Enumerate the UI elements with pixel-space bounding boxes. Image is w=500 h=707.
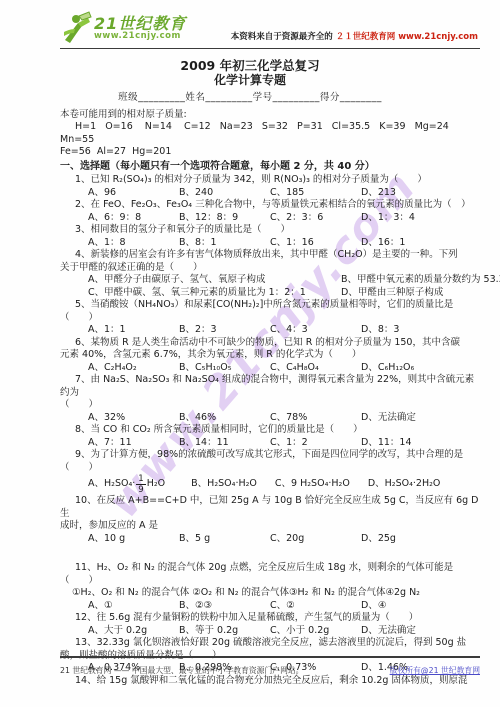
question-10-options: A、10 gB、5 gC、20gD、25g	[60, 533, 480, 546]
option-d: D、④	[361, 600, 386, 613]
question-9-options: A、H₂SO₄·19H₂OB、H₂SO₄·H₂OC、9 H₂SO₄·H₂OD、H…	[60, 474, 480, 495]
option-b: B、14：11	[179, 437, 265, 450]
question-1-options: A、96B、240C、185D、213	[60, 187, 480, 200]
option-c: C、1：16	[270, 237, 356, 250]
header-divider	[60, 48, 480, 49]
option-c: C、小于 0.2g	[270, 625, 356, 638]
option-c: C、C₄H₈O₄	[270, 362, 356, 375]
atomic-masses-list: H=1 O=16 N=14 C=12 Na=23 S=32 P=31 Cl=35…	[60, 121, 480, 159]
brand-name: 21世纪教育	[94, 15, 186, 32]
option-a: A、1：8	[88, 237, 174, 250]
option-c: C、2：3：6	[270, 212, 356, 225]
option-d: D、1：3：4	[361, 212, 415, 225]
option-b: B、等于 0.2g	[179, 625, 265, 638]
question-3: 3、相同数目的氢分子和氧分子的质量比是（ ） A、1：8B、8：1C、1：16D…	[60, 224, 480, 249]
section-heading-choice: 一、选择题（每小题只有一个选项符合题意，每小题 2 分，共 40 分）	[60, 161, 480, 174]
question-2-options: A、6：9：8B、12：8：9C、2：3：6D、1：3：4	[60, 212, 480, 225]
question-12: 12、往 5.6g 混有少量铜粉的铁粉中加入足量稀硫酸，产生氢气的质量为（ ） …	[60, 612, 480, 637]
question-2: 2、在 FeO、Fe₂O₃、Fe₃O₄ 三种化合物中，与等质量铁元素相结合的氧元…	[60, 199, 480, 224]
question-5-options: A、1：1B、2：3C、4：3D、8：3	[60, 324, 480, 337]
fraction-numerator: 1	[136, 474, 145, 485]
option-c: C、78%	[270, 412, 356, 425]
option-d: D、无法确定	[361, 625, 416, 638]
question-9: 9、为了计算方便，98%的浓硫酸可改写成其它形式，下面是四位同学的改写，其中合理…	[60, 449, 480, 495]
question-4-options-row2: C、甲醛中碳、氢、氧三种元素的质量比为 1：2：1D、甲醛由三种原子构成	[60, 287, 480, 300]
option-a: A、10 g	[88, 533, 174, 546]
question-5: 5、当硝酸铵（NH₄NO₃）和尿素[CO(NH₂)₂]中所含氮元素的质量相等时，…	[60, 299, 480, 337]
option-b: B、240	[179, 187, 265, 200]
exam-document-page: www.21cnjy.com 21世纪教育 www.21cnjy.com 本资料…	[0, 0, 500, 707]
question-8-options: A、7：11B、14：11C、1：2D、11：14	[60, 437, 480, 450]
question-12-options: A、大于 0.2gB、等于 0.2gC、小于 0.2gD、无法确定	[60, 625, 480, 638]
option-b: B、C₅H₁₀O₅	[179, 362, 265, 375]
option-c: C、20g	[270, 533, 356, 546]
option-b: B、8：1	[179, 237, 265, 250]
question-5-text: 5、当硝酸铵（NH₄NO₃）和尿素[CO(NH₂)₂]中所含氮元素的质量相等时，…	[60, 299, 480, 324]
page-footer: 21 世纪教育网 —— 中国最大型、最专业的中小学教育资源门户网站。 版权所有@…	[60, 656, 480, 678]
tagline-red-link[interactable]: ２１世纪教育网 www.21cnjy.com	[336, 32, 478, 42]
document-title: 2009 年初三化学总复习	[0, 58, 500, 73]
question-10: 10、在反应 A+B==C+D 中，已知 25g A 与 10g B 恰好完全反…	[60, 495, 480, 545]
atomic-masses-intro: 本卷可能用到的相对原子质量:	[60, 109, 480, 122]
brand-site-url: www.21cnjy.com	[94, 32, 186, 41]
option-a: A、32%	[88, 412, 174, 425]
option-b: B、5 g	[179, 533, 265, 546]
option-a: A、6：9：8	[88, 212, 174, 225]
option-b: B、2：3	[179, 324, 265, 337]
question-11: 11、H₂、O₂ 和 N₂ 的混合气体 20g 点燃，完全反应后生成 18g 水…	[60, 562, 480, 612]
question-4-text: 4、新装修的居室会有许多有害气体物质释放出来，其中甲醛（CH₂O）是主要的一种。…	[60, 249, 480, 274]
option-c: C、②	[270, 600, 356, 613]
option-c: C、9 H₂SO₄·H₂O	[275, 478, 350, 491]
option-d: D、无法确定	[361, 412, 416, 425]
question-8: 8、当 CO 和 CO₂ 所含氧元素质量相同时，它们的质量比是（ ） A、7：1…	[60, 424, 480, 449]
question-3-text: 3、相同数目的氢分子和氧分子的质量比是（ ）	[60, 224, 480, 237]
option-a-suffix: H₂O	[147, 478, 165, 491]
question-7: 7、由 Na₂S、Na₂SO₃ 和 Na₂SO₄ 组成的混合物中，测得氧元素含量…	[60, 374, 480, 424]
option-b: B、46%	[179, 412, 265, 425]
option-c: C、甲醛中碳、氢、氧三种元素的质量比为 1：2：1	[88, 287, 336, 300]
option-c: C、185	[270, 187, 356, 200]
tagline-black-text: 本资料来自于资源最齐全的	[231, 32, 333, 42]
running-figure-icon	[62, 10, 92, 46]
option-b: B、甲醛中氧元素的质量分数约为 53.3%	[341, 274, 500, 287]
fraction-one-ninth: 19	[136, 474, 145, 495]
question-9-text: 9、为了计算方便，98%的浓硫酸可改写成其它形式，下面是四位同学的改写，其中合理…	[60, 449, 480, 474]
option-a: A、①	[88, 600, 174, 613]
option-a: A、96	[88, 187, 174, 200]
question-2-text: 2、在 FeO、Fe₂O₃、Fe₃O₄ 三种化合物中，与等质量铁元素相结合的氧元…	[60, 199, 480, 212]
question-10-text: 10、在反应 A+B==C+D 中，已知 25g A 与 10g B 恰好完全反…	[60, 495, 480, 533]
question-11-sublist: ①H₂、O₂ 和 N₂ 的混合气体 ②O₂ 和 N₂ 的混合气体③H₂ 和 N₂…	[60, 587, 480, 600]
question-1: 1、已知 R₂(SO₄)₃ 的相对分子质量为 342，则 R(NO₃)₃ 的相对…	[60, 174, 480, 199]
question-12-text: 12、往 5.6g 混有少量铜粉的铁粉中加入足量稀硫酸，产生氢气的质量为（ ）	[60, 612, 480, 625]
option-a-prefix: A、H₂SO₄·	[88, 478, 135, 491]
question-1-text: 1、已知 R₂(SO₄)₃ 的相对分子质量为 342，则 R(NO₃)₃ 的相对…	[60, 174, 480, 187]
option-d: D、C₆H₁₂O₆	[361, 362, 414, 375]
option-a: A、大于 0.2g	[88, 625, 174, 638]
question-7-text: 7、由 Na₂S、Na₂SO₃ 和 Na₂SO₄ 组成的混合物中，测得氧元素含量…	[60, 374, 480, 412]
footer-slogan: 21 世纪教育网 —— 中国最大型、最专业的中小学教育资源门户网站。	[60, 665, 303, 678]
header-tagline: 本资料来自于资源最齐全的 ２１世纪教育网 www.21cnjy.com	[231, 31, 478, 47]
option-b: B、12：8：9	[179, 212, 265, 225]
option-d: D、213	[361, 187, 396, 200]
option-c: C、1：2	[270, 437, 356, 450]
fraction-denominator: 9	[136, 485, 145, 495]
question-6-text: 6、某物质 R 是人类生命活动中不可缺少的物质，已知 R 的相对分子质量为 15…	[60, 337, 480, 362]
document-body: 本卷可能用到的相对原子质量: H=1 O=16 N=14 C=12 Na=23 …	[0, 105, 500, 688]
question-4-options-row1: A、甲醛分子由碳原子、氢气、氧原子构成B、甲醛中氧元素的质量分数约为 53.3%	[60, 274, 480, 287]
option-a: A、C₂H₄O₂	[88, 362, 174, 375]
question-11-text: 11、H₂、O₂ 和 N₂ 的混合气体 20g 点燃，完全反应后生成 18g 水…	[60, 562, 480, 587]
option-d: D、8：3	[361, 324, 399, 337]
page-header: 21世纪教育 www.21cnjy.com 本资料来自于资源最齐全的 ２１世纪教…	[0, 0, 500, 46]
question-3-options: A、1：8B、8：1C、1：16D、16：1	[60, 237, 480, 250]
question-11-options: A、①B、②③C、②D、④	[60, 600, 480, 613]
question-6-options: A、C₂H₄O₂B、C₅H₁₀O₅C、C₄H₈O₄D、C₆H₁₂O₆	[60, 362, 480, 375]
question-8-text: 8、当 CO 和 CO₂ 所含氧元素质量相同时，它们的质量比是（ ）	[60, 424, 480, 437]
option-a: A、甲醛分子由碳原子、氢气、氧原子构成	[88, 274, 336, 287]
option-d: D、25g	[361, 533, 396, 546]
question-4: 4、新装修的居室会有许多有害气体物质释放出来，其中甲醛（CH₂O）是主要的一种。…	[60, 249, 480, 299]
document-subtitle: 化学计算专题	[0, 73, 500, 88]
option-a: A、1：1	[88, 324, 174, 337]
student-info-blanks: 班级_________姓名_________学号_________得分_____…	[0, 92, 500, 105]
option-b: B、H₂SO₄·H₂O	[191, 478, 257, 491]
footer-copyright-link[interactable]: 版权所有@21 世纪教育网	[390, 665, 480, 678]
option-b: B、②③	[179, 600, 265, 613]
question-7-options: A、32%B、46%C、78%D、无法确定	[60, 412, 480, 425]
option-d: D、16：1	[361, 237, 405, 250]
brand-logo: 21世纪教育 www.21cnjy.com	[62, 10, 186, 46]
option-d: D、11：14	[361, 437, 412, 450]
option-d: D、甲醛由三种原子构成	[341, 287, 443, 300]
option-d: D、H₂SO₄·2H₂O	[368, 478, 441, 491]
question-6: 6、某物质 R 是人类生命活动中不可缺少的物质，已知 R 的相对分子质量为 15…	[60, 337, 480, 375]
option-a: A、7：11	[88, 437, 174, 450]
option-c: C、4：3	[270, 324, 356, 337]
